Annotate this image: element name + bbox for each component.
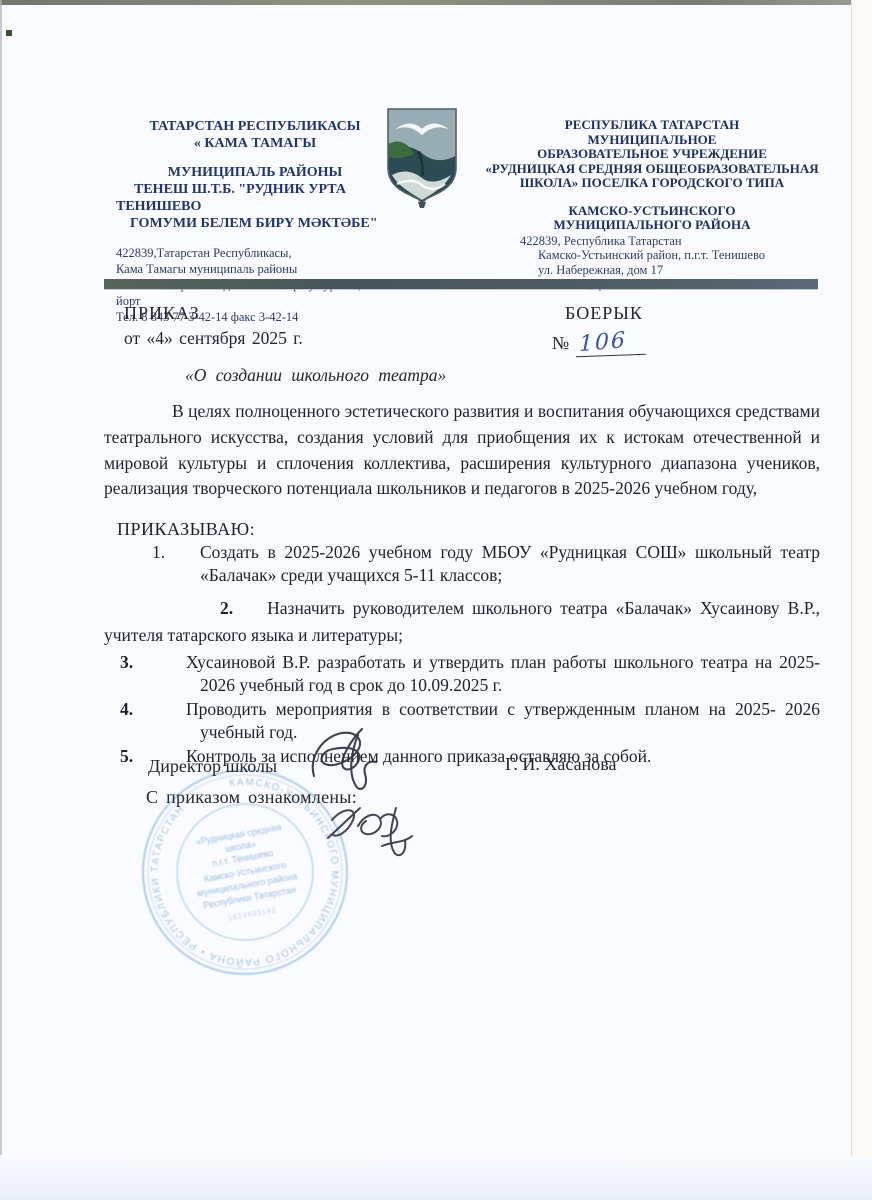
order-subject: «О создании школьного театра»	[185, 365, 446, 386]
org-line: « КАМА ТАМАГЫ	[116, 135, 394, 152]
order-item-4: 4.Проводить мероприятия в соответствии с…	[200, 698, 820, 744]
scan-right-edge	[851, 0, 872, 1200]
svg-text:1624503142: 1624503142	[228, 907, 277, 922]
letterhead-tatar: ТАТАРСТАН РЕСПУБЛИКАСЫ « КАМА ТАМАГЫ МУН…	[116, 118, 394, 325]
item-text: Проводить мероприятия в соответствии с у…	[186, 699, 820, 742]
org-line: ШКОЛА» ПОСЕЛКА ГОРОДСКОГО ТИПА	[478, 176, 826, 191]
item-number: 3.	[160, 651, 186, 674]
letterhead-russian: РЕСПУБЛИКА ТАТАРСТАН МУНИЦИПАЛЬНОЕ ОБРАЗ…	[478, 118, 826, 292]
scan-speck	[6, 30, 12, 36]
district-line: КАМСКО-УСТЬИНСКОГО	[478, 204, 826, 219]
item-number: 1.	[176, 541, 200, 564]
emblem-point	[418, 202, 426, 208]
scan-left-edge	[0, 0, 2, 1200]
org-line: РЕСПУБЛИКА ТАТАРСТАН	[478, 118, 826, 133]
address-line: 422839, Республика Татарстан	[478, 234, 826, 249]
org-line: «РУДНИЦКАЯ СРЕДНЯЯ ОБЩЕОБРАЗОВАТЕЛЬНАЯ	[478, 162, 826, 177]
order-title-russian: ПРИКАЗ	[124, 303, 200, 324]
address-line: Камско-Устьинский район, п.г.т. Тенишево	[478, 248, 826, 263]
address-line: 422839,Татарстан Республикасы,	[116, 245, 394, 261]
order-item-2: 2.Назначить руководителем школьного теат…	[104, 595, 820, 649]
order-date: от «4» сентября 2025 г.	[124, 328, 303, 349]
district-line: МУНИЦИПАЛЬНОГО РАЙОНА	[478, 218, 826, 233]
item-number: 4.	[160, 698, 186, 721]
director-name: Г. И. Хасанова	[505, 754, 616, 775]
org-line: ГОМУМИ БЕЛЕМ БИРҮ МӘКТӘБЕ"	[116, 215, 394, 232]
order-preamble: В целях полноценного эстетического разви…	[104, 399, 820, 502]
item-number: 2.	[162, 595, 267, 622]
order-item-1: 1.Создать в 2025-2026 учебном году МБОУ …	[200, 541, 820, 587]
coat-of-arms	[383, 106, 461, 208]
director-label: Директор школы	[148, 756, 277, 777]
order-items: 1.Создать в 2025-2026 учебном году МБОУ …	[104, 541, 820, 768]
address-line: Кама Тамагы муниципаль районы	[116, 261, 394, 277]
scanned-order-document: ТАТАРСТАН РЕСПУБЛИКАСЫ « КАМА ТАМАГЫ МУН…	[0, 0, 872, 1200]
org-line: ТЕНИШЕВО	[116, 198, 394, 215]
letterhead-divider-bar	[104, 279, 818, 289]
order-title-tatar: БОЕРЫК	[565, 303, 643, 324]
org-line: ТЕНЕШ Ш.Т.Б. "РУДНИК УРТА	[116, 181, 394, 198]
item-text: Создать в 2025-2026 учебном году МБОУ «Р…	[200, 542, 820, 585]
org-line: МУНИЦИПАЛЬ РАЙОНЫ	[116, 164, 394, 181]
order-number-handwritten: 106	[579, 328, 627, 357]
resolution-label: ПРИКАЗЫВАЮ:	[117, 519, 255, 540]
number-sign: №	[552, 333, 569, 353]
org-line: МУНИЦИПАЛЬНОЕ	[478, 133, 826, 148]
org-line: ОБРАЗОВАТЕЛЬНОЕ УЧРЕЖДЕНИЕ	[478, 147, 826, 162]
org-line: ТАТАРСТАН РЕСПУБЛИКАСЫ	[116, 118, 394, 135]
acknowledged-signature	[322, 798, 447, 863]
address-line: ул. Набережная, дом 17	[478, 263, 826, 278]
order-item-3: 3.Хусаиновой В.Р. разработать и утвердит…	[200, 651, 820, 697]
scan-bottom-shade	[0, 1155, 872, 1200]
scan-top-edge	[0, 0, 872, 5]
order-number: №106	[552, 330, 627, 355]
item-text: Хусаиновой В.Р. разработать и утвердить …	[186, 652, 820, 695]
